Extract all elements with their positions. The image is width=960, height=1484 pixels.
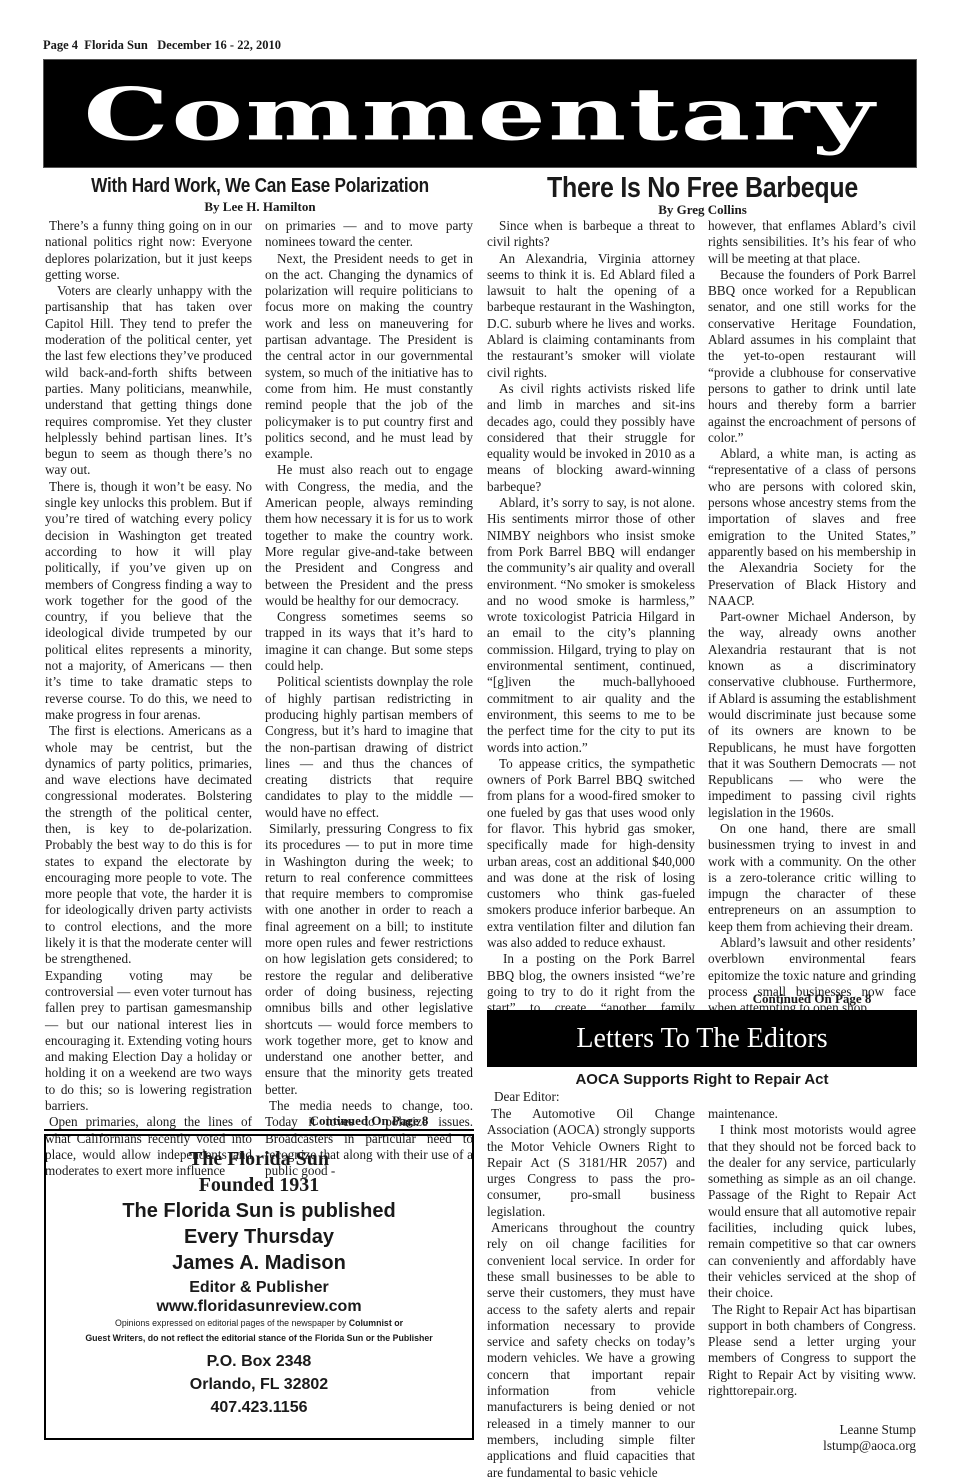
letter-salutation: Dear Editor: (494, 1089, 560, 1105)
paragraph: Ablard, a white man, is acting as “repre… (708, 446, 916, 609)
article-byline-hamilton: By Lee H. Hamilton (40, 199, 480, 215)
disclaimer-line-1: Opinions expressed on editorial pages of… (46, 1316, 472, 1331)
paragraph: He must also reach out to engage with Co… (265, 462, 473, 609)
letters-section-banner: Letters To The Editors (487, 1010, 917, 1067)
disclaimer-line-2: Guest Writers, do not reflect the editor… (46, 1331, 472, 1346)
paragraph: Americans throughout the country rely on… (487, 1220, 695, 1481)
publication-schedule: Every Thursday (46, 1224, 472, 1250)
letters-section-title: Letters To The Editors (576, 1023, 827, 1055)
publication-info-box: The Florida Sun Founded 1931 The Florida… (44, 1134, 474, 1440)
paragraph: The first is elections. Americans as a w… (45, 723, 252, 967)
phone-number: 407.423.1156 (46, 1396, 472, 1419)
paragraph: To appease critics, the sympathetic owne… (487, 756, 695, 952)
section-title: Commentary (83, 77, 876, 149)
article-polarization-column-1: There’s a funny thing going on in our na… (45, 218, 252, 1180)
paragraph: Similarly, pressuring Congress to fix it… (265, 821, 473, 1098)
continued-on-page-8-link[interactable]: Continued On Page 8 (265, 1113, 473, 1129)
letter-headline: AOCA Supports Right to Repair Act (487, 1071, 917, 1088)
signature-email[interactable]: lstump@aoca.org (708, 1438, 916, 1454)
paragraph: Because the founders of Pork Barrel BBQ … (708, 267, 916, 446)
article-headline-barbeque: There Is No Free Barbeque (511, 172, 894, 205)
paragraph: There is, though it won’t be easy. No si… (45, 479, 252, 723)
paragraph: on primaries — and to move party nominee… (265, 218, 473, 251)
article-barbeque-column-1: Since when is barbeque a threat to civil… (487, 218, 695, 1049)
disclaimer-text: Opinions expressed on editorial pages of… (115, 1318, 349, 1328)
article-headline-polarization: With Hard Work, We Can Ease Polarization (62, 175, 458, 198)
paragraph: Expanding voting may be controversial — … (45, 968, 252, 1115)
paragraph: Ablard, it’s sorry to say, is not alone.… (487, 495, 695, 756)
paragraph: The Right to Repair Act has bipartisan s… (708, 1302, 916, 1400)
paragraph: maintenance. (708, 1106, 916, 1122)
disclaimer-emphasis: Columnist or (349, 1318, 403, 1328)
paragraph: Political scientists downplay the role o… (265, 674, 473, 821)
paragraph: Next, the President needs to get in on t… (265, 251, 473, 463)
signature-name: Leanne Stump (708, 1422, 916, 1438)
paragraph: Voters are clearly unhappy with the part… (45, 283, 252, 479)
po-box: P.O. Box 2348 (46, 1350, 472, 1373)
page-folio: Page 4 Florida Sun December 16 - 22, 201… (43, 38, 281, 53)
website-link[interactable]: www.floridasunreview.com (46, 1297, 472, 1316)
editor-title: Editor & Publisher (46, 1278, 472, 1297)
editor-name: James A. Madison (46, 1250, 472, 1276)
city-address: Orlando, FL 32802 (46, 1373, 472, 1396)
paragraph: There’s a funny thing going on in our na… (45, 218, 252, 283)
paragraph: Congress sometimes seems so trapped in i… (265, 609, 473, 674)
letter-column-1: The Automotive Oil Change Association (A… (487, 1106, 695, 1481)
publication-note: The Florida Sun is published (46, 1198, 472, 1224)
paragraph: Since when is barbeque a threat to civil… (487, 218, 695, 251)
divider (44, 1129, 474, 1131)
paragraph: however, that enflames Ablard’s civil ri… (708, 218, 916, 267)
letter-signature: Leanne Stump lstump@aoca.org (708, 1422, 916, 1455)
paragraph: I think most motorists would agree that … (708, 1122, 916, 1301)
paragraph: The Automotive Oil Change Association (A… (487, 1106, 695, 1220)
article-byline-collins: By Greg Collins (480, 202, 925, 218)
continued-on-page-8-link[interactable]: Continued On Page 8 (708, 991, 916, 1007)
paragraph: An Alexandria, Virginia attorney seems t… (487, 251, 695, 381)
paragraph: On one hand, there are small businessmen… (708, 821, 916, 935)
paragraph: As civil rights activists risked life an… (487, 381, 695, 495)
paper-name: The Florida Sun (46, 1146, 472, 1172)
section-masthead: Commentary (43, 59, 917, 168)
founded-year: Founded 1931 (46, 1172, 472, 1198)
paragraph: Part-owner Michael Anderson, by the way,… (708, 609, 916, 821)
letter-column-2: maintenance. I think most motorists woul… (708, 1106, 916, 1399)
article-polarization-column-2: on primaries — and to move party nominee… (265, 218, 473, 1180)
article-barbeque-column-2: however, that enflames Ablard’s civil ri… (708, 218, 916, 1049)
